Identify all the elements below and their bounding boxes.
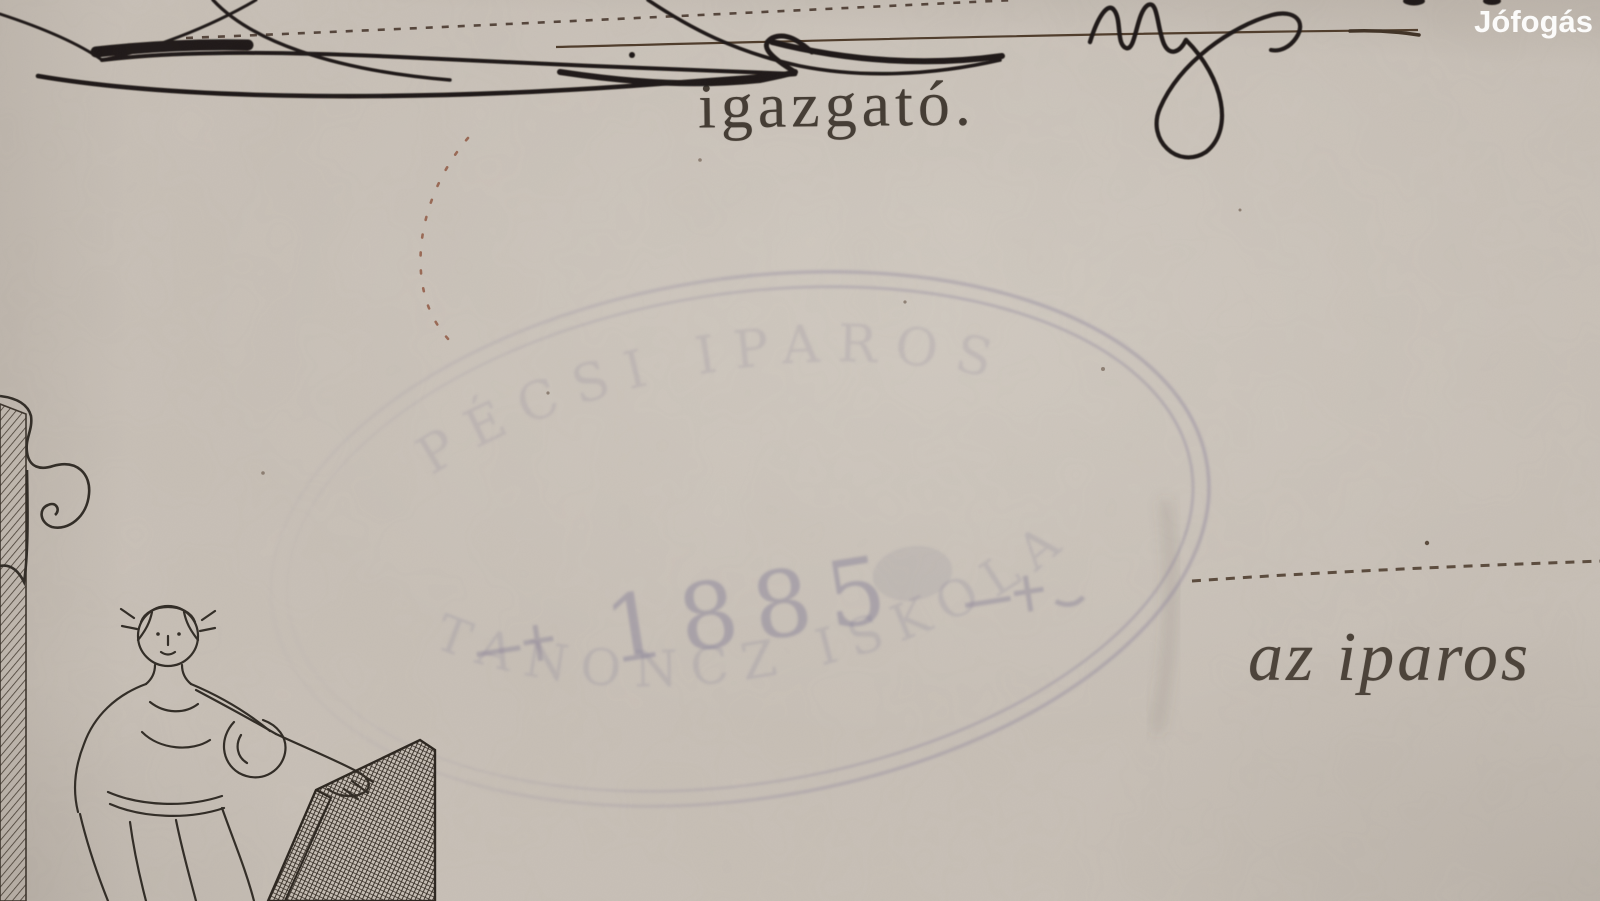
engraving-scroll-ornament [0, 396, 89, 582]
document-photo: PÉCSI IPAROS TANONCZ ISKOLA 1885 igazgat… [0, 0, 1600, 901]
stamp-inner-ring [250, 226, 1229, 853]
engraving-vignette [0, 396, 435, 901]
dotted-line-top [186, 0, 1014, 38]
stamp-year: 1885 [598, 533, 909, 685]
paper-crease [1156, 500, 1171, 732]
az-iparos-text: az iparos [1248, 618, 1531, 698]
ink-speck [1425, 541, 1429, 545]
stamp-top-arc-text: PÉCSI IPAROS [397, 278, 1023, 490]
signature-rule-line [556, 30, 1418, 47]
short-line [1350, 31, 1419, 35]
stamp-ornament-right [962, 567, 1084, 621]
signature-right [1090, 0, 1501, 157]
engraving-border-band [0, 404, 26, 901]
stamp-outer-ring [232, 208, 1248, 870]
engraving-tablet-edge [285, 790, 331, 901]
jofogas-watermark: Jófogás [1474, 4, 1593, 40]
stamp-bottom-arc-text: TANONCZ ISKOLA [419, 500, 1095, 740]
stamp-ornament-left [474, 623, 557, 671]
oval-stamp: PÉCSI IPAROS TANONCZ ISKOLA 1885 [232, 208, 1248, 870]
stamp-smudge [869, 541, 956, 607]
director-title-text: igazgató. [698, 67, 977, 144]
engraving-figure [75, 606, 373, 901]
dashed-line-bottom-right [1192, 561, 1600, 581]
paper-specks [261, 158, 1241, 475]
engraving-tablet [268, 740, 435, 901]
rust-stain-arc [421, 138, 468, 346]
